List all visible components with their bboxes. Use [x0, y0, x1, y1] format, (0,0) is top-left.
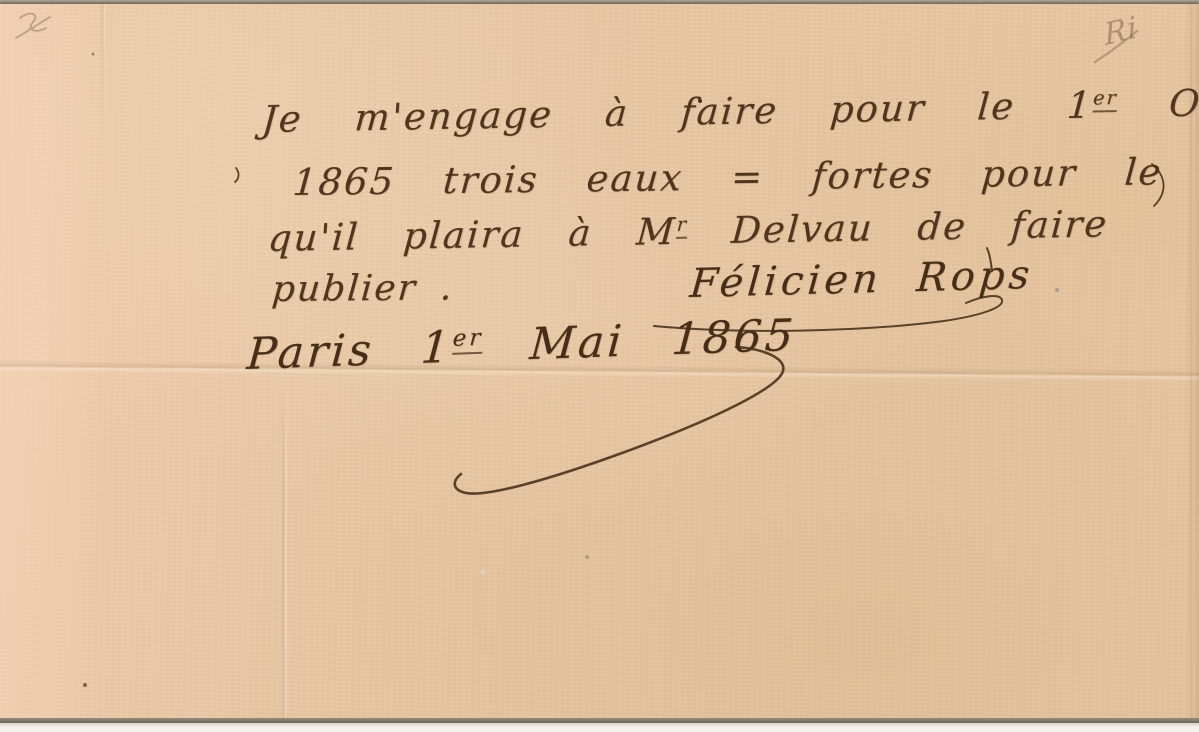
- paper-right-edge-shading: [1185, 4, 1199, 723]
- scanner-strip-bottom: [0, 723, 1199, 732]
- date-line-text: Paris 1: [245, 322, 454, 380]
- superscript-er-date: er: [452, 325, 485, 355]
- superscript-er: er: [1092, 86, 1118, 112]
- letter-line-4: publier .: [270, 267, 455, 310]
- signature-line: Félicien Rops: [688, 252, 1035, 307]
- paper-sheet: Je m'engage à faire pour le 1er Octobre …: [0, 4, 1199, 723]
- letter-line-4-text: publier .: [270, 267, 455, 310]
- scanned-letter: Je m'engage à faire pour le 1er Octobre …: [0, 0, 1199, 732]
- letter-line-3-rest: Delvau de faire: [686, 202, 1110, 252]
- signature-text: Félicien Rops: [688, 252, 1035, 307]
- letter-line-3-text: qu'il plaira à M: [266, 210, 677, 260]
